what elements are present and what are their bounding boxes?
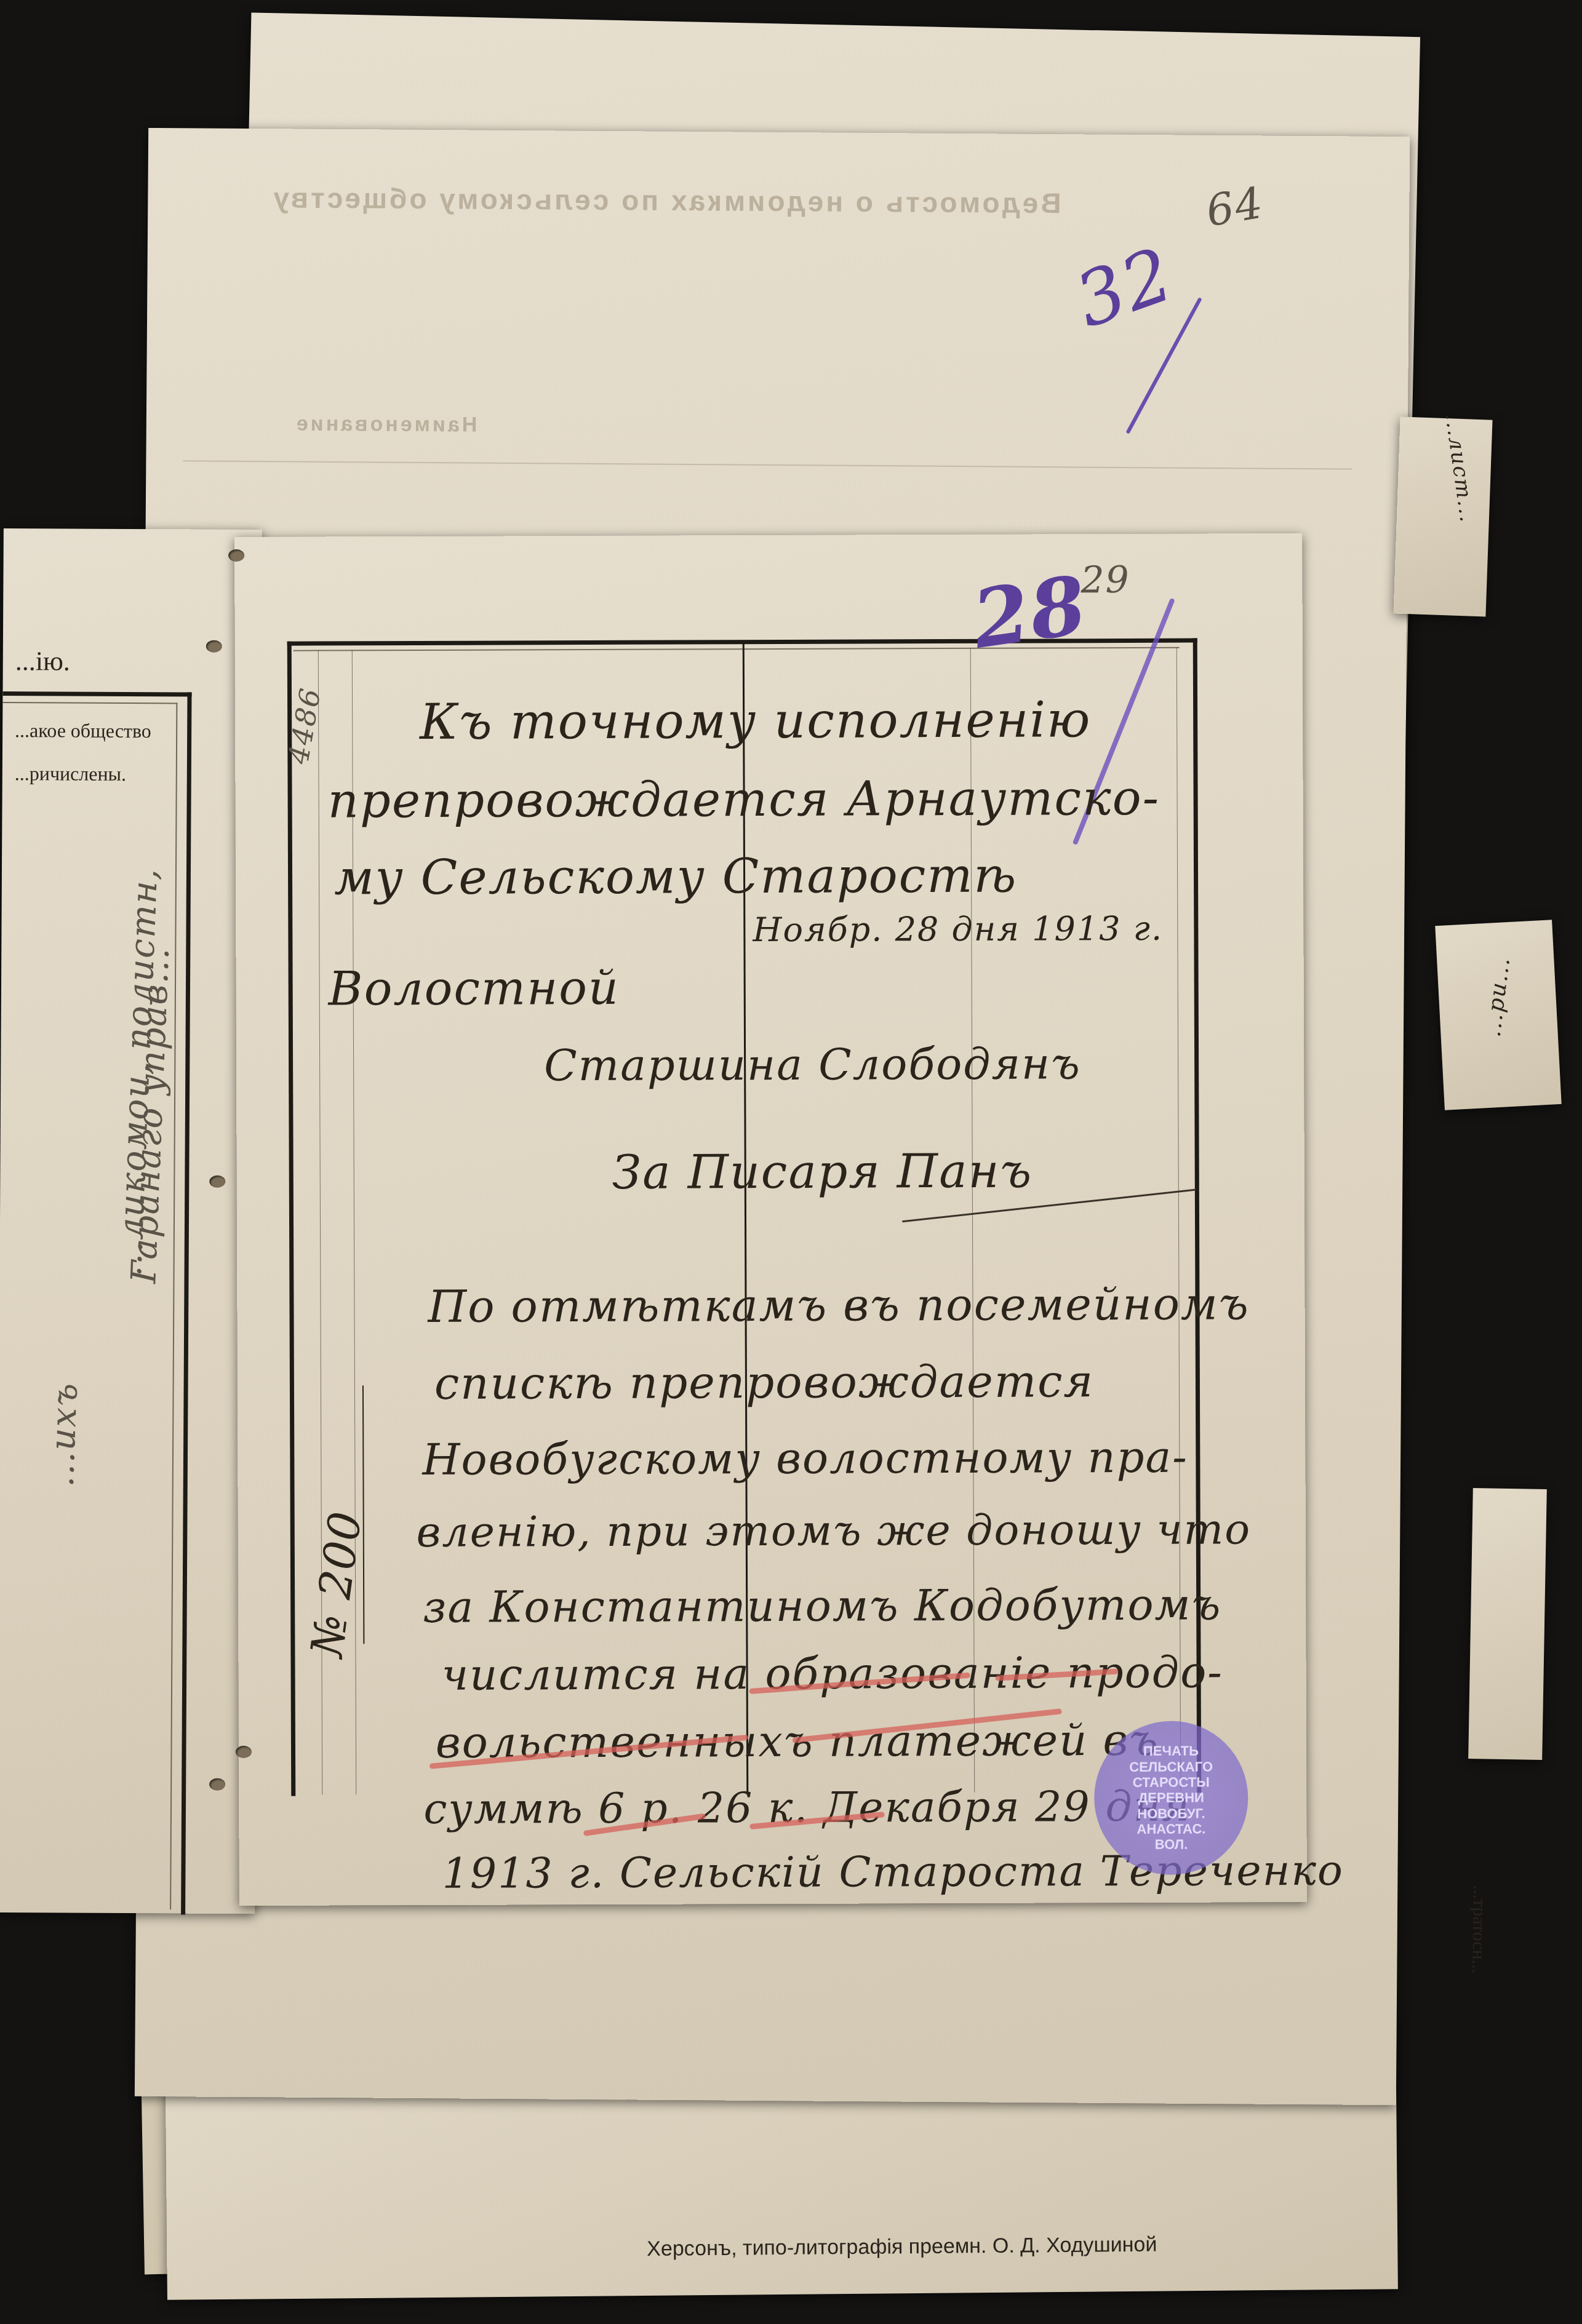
- faint-ledger-title: Ведомость о недоимках по сельскому общес…: [271, 181, 1061, 220]
- binding-hole: [228, 549, 244, 562]
- left-printed-line-2: ...акое общество: [15, 719, 151, 742]
- faint-ledger-column: Наименование: [294, 412, 477, 437]
- section1-signoff-1: Волостной: [329, 960, 620, 1016]
- section1-line-1: Къ точному исполненію: [420, 691, 1092, 750]
- left-handwritten-vertical-3: ...ихъ: [41, 1382, 86, 1488]
- binding-hole: [236, 1746, 252, 1758]
- section1-signoff-3: За Писаря Панъ: [612, 1144, 1033, 1200]
- section1-line-3: му Сельскому Старостѣ: [334, 848, 1017, 906]
- left-printed-line-3: ...ричислены.: [15, 762, 127, 786]
- seal-line: НОВОБУГ.: [1137, 1805, 1205, 1821]
- folio-number-corrected: 29: [1081, 559, 1130, 602]
- fragment-text: ...ри...: [1480, 955, 1516, 1038]
- folio-number-top: 32: [1065, 232, 1185, 345]
- right-fragment-1: ...лист...: [1393, 416, 1492, 616]
- right-fragment-2: ...ри...: [1435, 920, 1561, 1110]
- village-elder-seal: ПЕЧАТЬ СЕЛЬСКАГО СТАРОСТЫ ДЕРЕВНИ НОВОБУ…: [1094, 1721, 1248, 1875]
- seal-line: АНАСТАС.: [1137, 1821, 1205, 1837]
- section1-date: Ноябр. 28 дня 1913 г.: [753, 909, 1163, 949]
- binding-hole: [209, 1778, 225, 1791]
- section2-line-4: вленію, при этомъ же доношу что: [417, 1505, 1252, 1557]
- seal-line: ДЕРЕВНИ: [1138, 1790, 1204, 1806]
- section2-line-8: суммѣ 6 р. 26 к. Декабря 29 дня: [423, 1783, 1191, 1834]
- fragment-text: ...лист...: [1440, 412, 1480, 525]
- section2-line-1: По отмѣткамъ въ посемейномъ: [428, 1278, 1249, 1332]
- printer-imprint: Херсонъ, типо-литографія преемн. О. Д. Х…: [647, 2233, 1157, 2261]
- binding-hole: [209, 1176, 225, 1188]
- left-printed-sheet: ...ію. ...акое общество ...ричислены. ..…: [0, 528, 262, 1914]
- binding-hole: [206, 640, 222, 653]
- seal-line: СТАРОСТЫ: [1133, 1775, 1210, 1791]
- section2-line-2: спискѣ препровождается: [434, 1355, 1095, 1409]
- main-document-sheet: 28 29 4486 № 200 Къ точному исполненію п…: [234, 533, 1307, 1906]
- faint-ledger-rule: [183, 460, 1352, 469]
- seal-line: СЕЛЬСКАГО: [1129, 1759, 1213, 1775]
- fragment-printed-vertical: ...тратосн...: [1468, 1885, 1490, 1973]
- folio-number-pencil: 64: [1202, 177, 1267, 236]
- section1-line-2: препровождается Арнаутско-: [327, 771, 1160, 829]
- seal-line: ПЕЧАТЬ: [1143, 1743, 1199, 1759]
- left-printed-line-1: ...ію.: [15, 645, 70, 677]
- seal-line: ВОЛ.: [1155, 1837, 1188, 1852]
- section2-line-5: за Константиномъ Кодобутомъ: [423, 1579, 1221, 1633]
- right-fragment-3: ...тратосн...: [1468, 1488, 1547, 1760]
- folio-number-main: 28: [967, 557, 1093, 667]
- section2-line-3: Новобугскому волостному пра-: [422, 1432, 1188, 1485]
- section1-signoff-2: Старшина Слободянъ: [544, 1038, 1081, 1091]
